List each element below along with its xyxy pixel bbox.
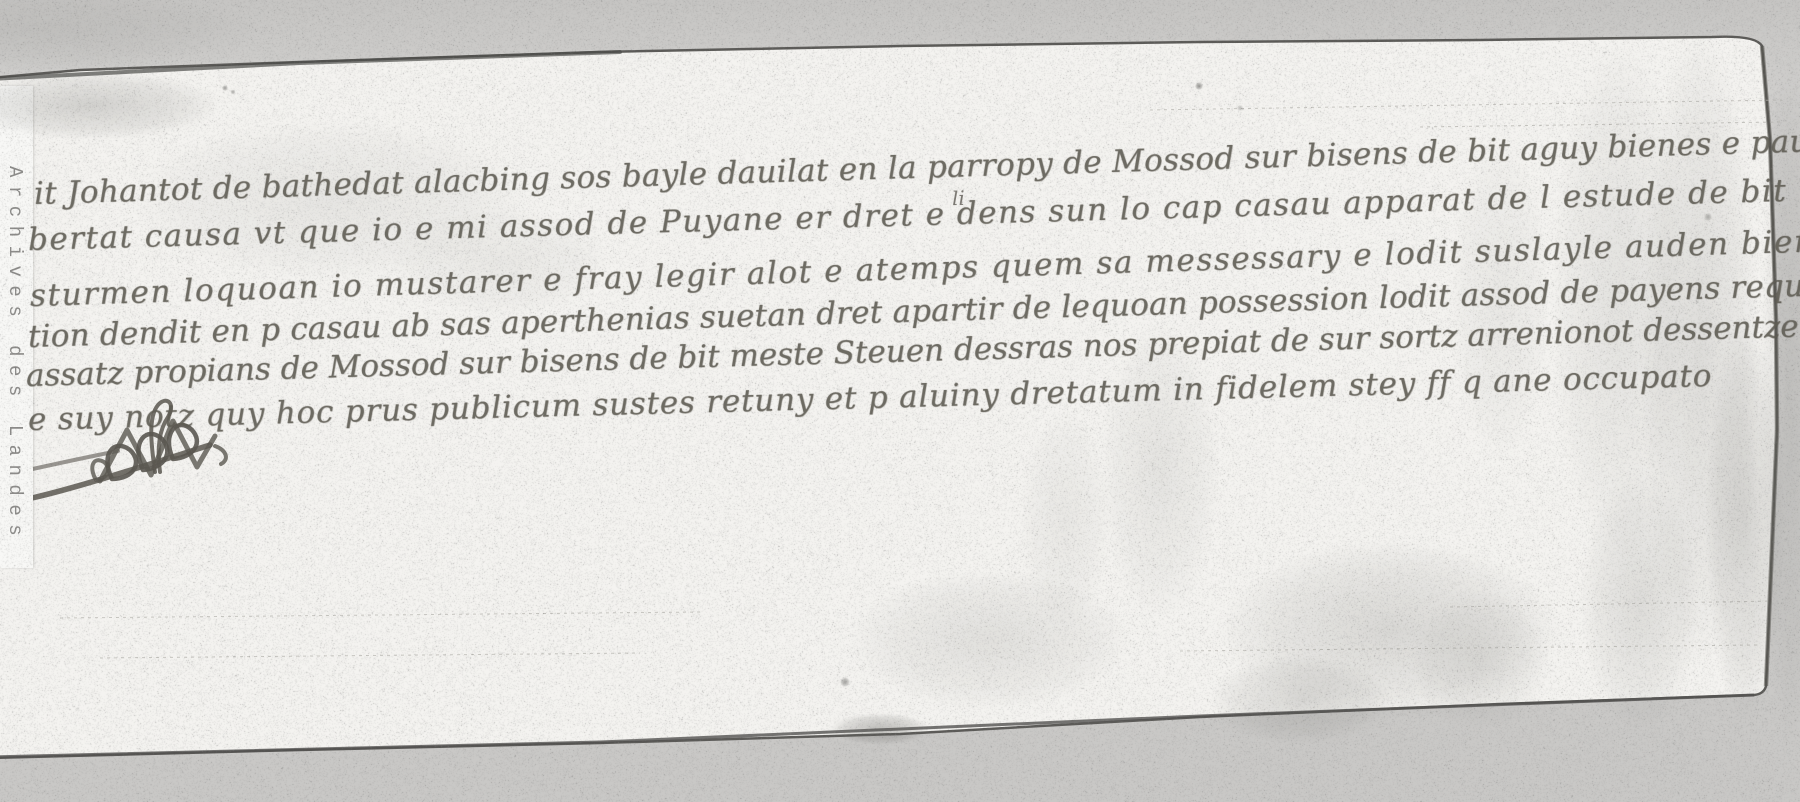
interlinear-insertion: li — [952, 186, 965, 210]
manuscript-text-layer: it Johantot de bathedat alacbing sos bay… — [0, 0, 1800, 802]
